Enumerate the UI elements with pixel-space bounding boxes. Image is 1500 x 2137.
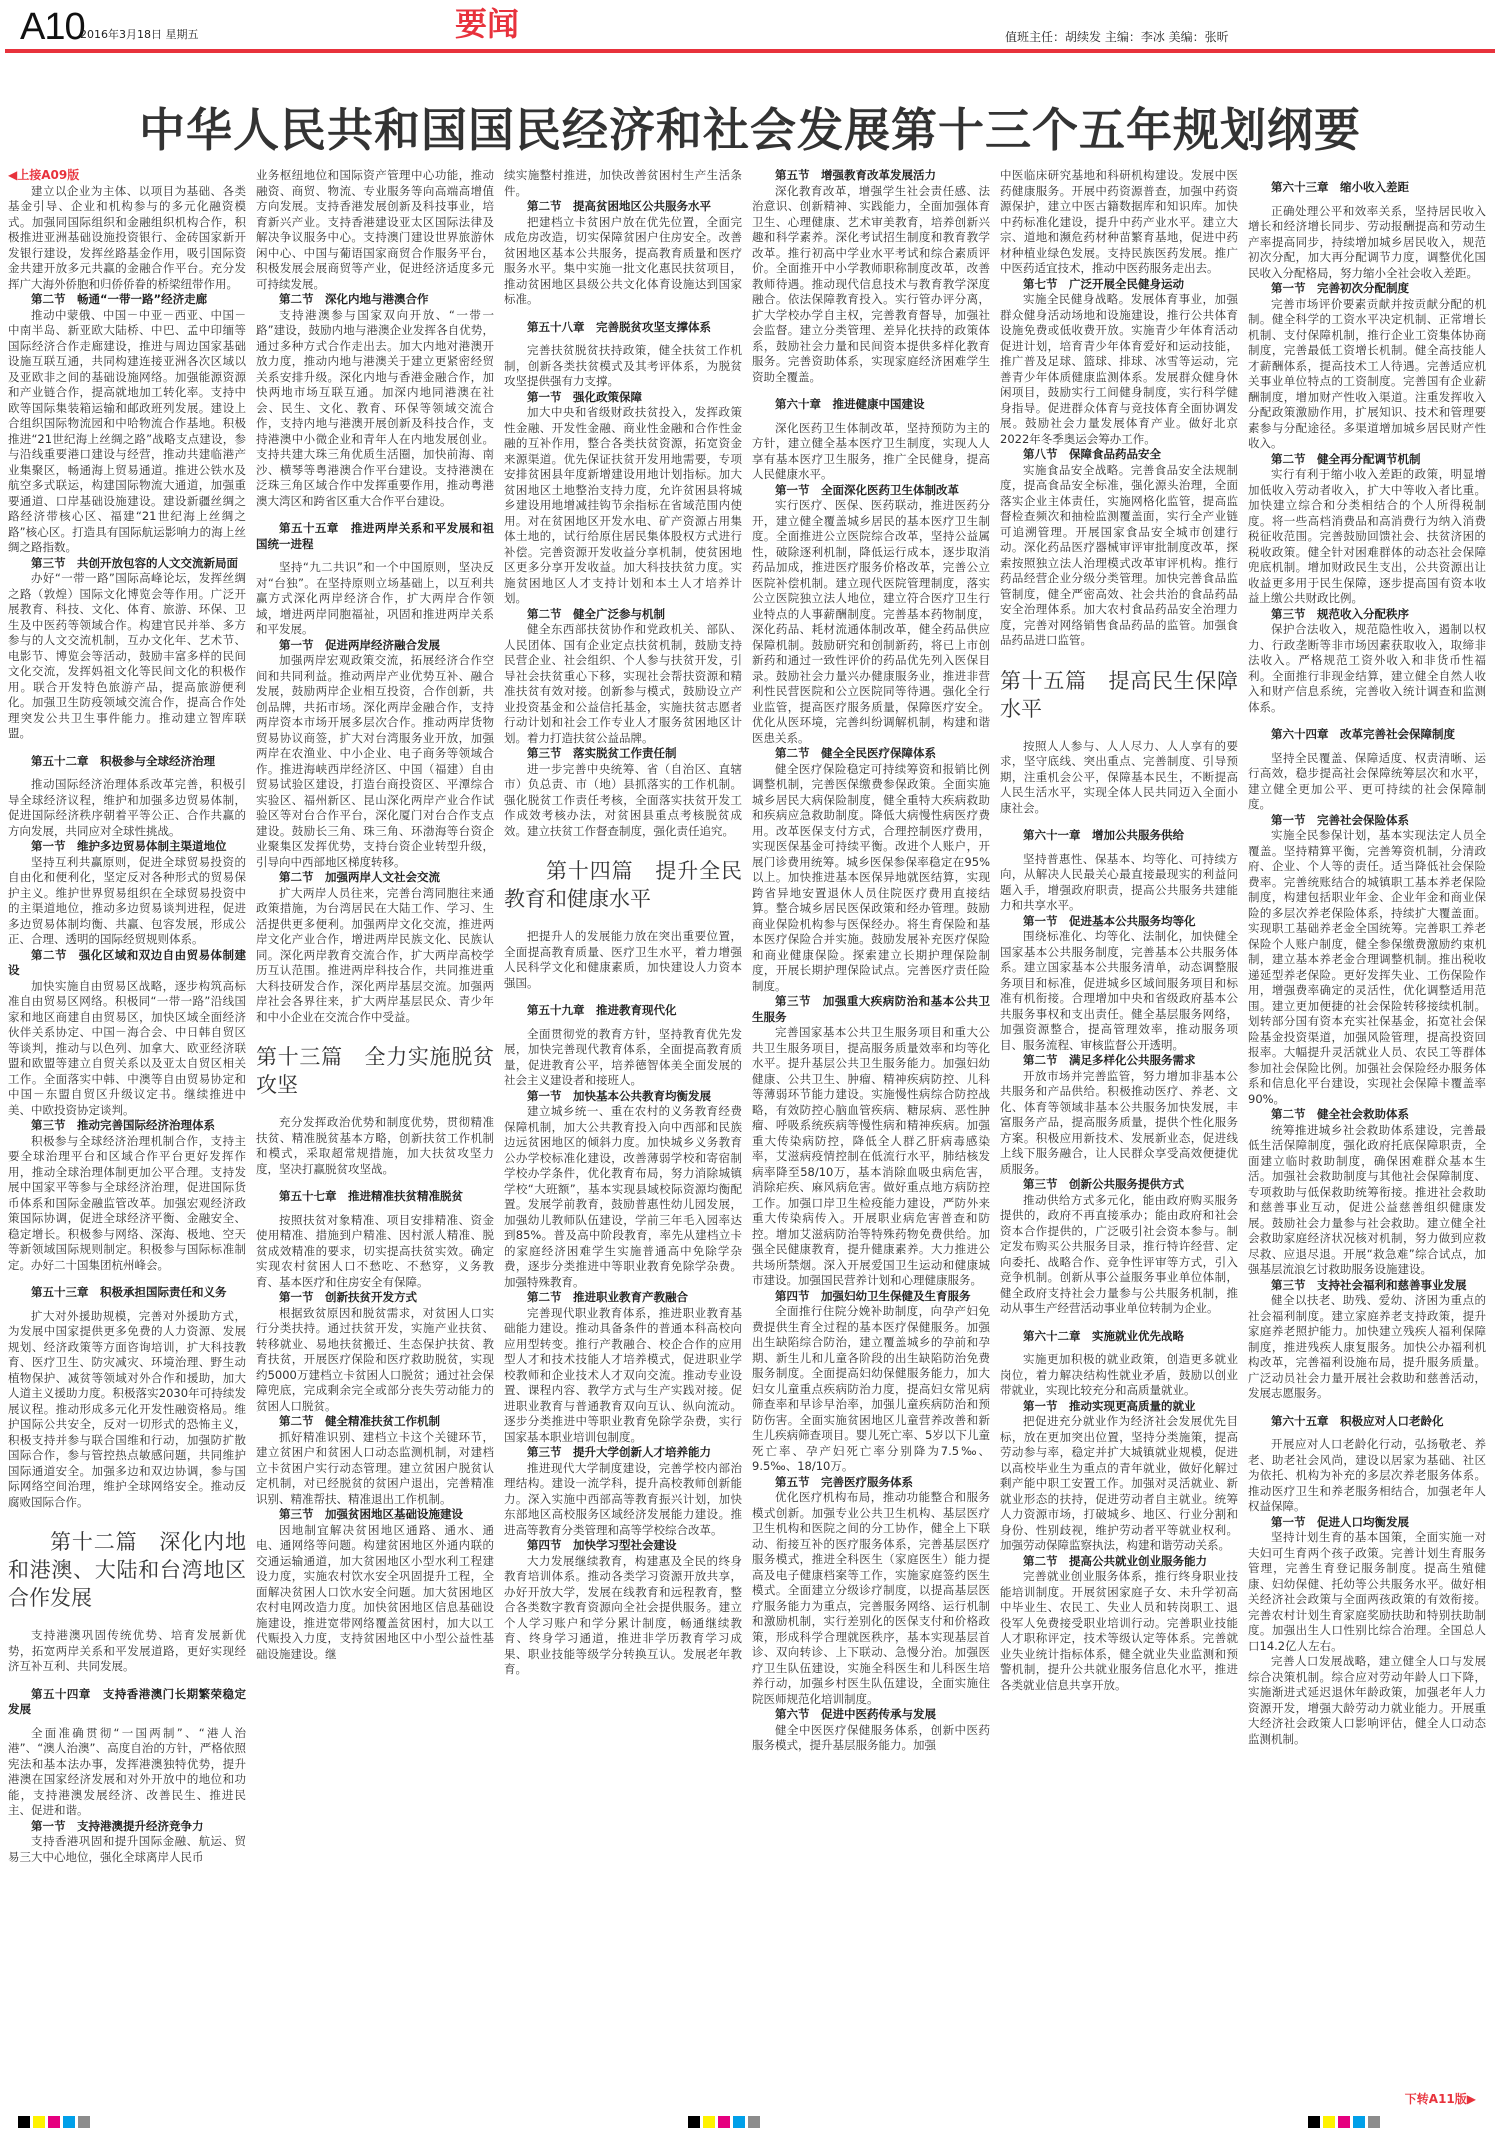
body-paragraph: 因地制宜解决贫困地区通路、通水、通电、通网络等问题。构建贫困地区外通内联的交通运… [256,1523,494,1663]
body-paragraph: 正确处理公平和效率关系，坚持居民收入增长和经济增长同步、劳动报酬提高和劳动生产率… [1248,204,1486,282]
body-paragraph: 扩大两岸人员往来，完善台湾同胞往来通政策措施，为台湾居民在大陆工作、学习、生活提… [256,886,494,1026]
jump-from-link[interactable]: ◀上接A09版 [8,168,246,184]
body-paragraph: 坚持“九二共识”和一个中国原则，坚决反对“台独”。在坚持原则立场基础上，以互利共… [256,560,494,638]
section-heading: 第一节 促进人口均衡发展 [1248,1515,1486,1531]
section-heading: 第三节 加强重大疾病防治和基本公共卫生服务 [752,994,990,1025]
body-paragraph: 办好“一带一路”国际高峰论坛，发挥丝绸之路（敦煌）国际文化博览会等作用。广泛开展… [8,571,246,742]
editors-credit: 值班主任：胡续发 主编：李冰 美编：张昕 [1005,28,1229,45]
body-paragraph: 实施全民参保计划，基本实现法定人员全覆盖。坚持精算平衡，完善筹资机制，分清政府、… [1248,828,1486,1107]
section-heading: 第三节 提升大学创新人才培养能力 [504,1445,742,1461]
body-paragraph: 坚持互利共赢原则，促进全球贸易投资的自由化和便利化，坚定反对各种形式的贸易保护主… [8,855,246,948]
body-paragraph: 实行医疗、医保、医药联动，推进医药分开，建立健全覆盖城乡居民的基本医疗卫生制度。… [752,498,990,746]
print-colorbar-right [1308,2116,1380,2128]
body-paragraph: 把提升人的发展能力放在突出重要位置，全面提高教育质量、医疗卫生水平，着力增强人民… [504,929,742,991]
color-swatch [18,2116,30,2128]
body-paragraph: 优化医疗机构布局，推动功能整合和服务模式创新。加强专业公共卫生机构、基层医疗卫生… [752,1490,990,1707]
section-heading: 第二节 健全社会救助体系 [1248,1107,1486,1123]
body-paragraph: 围绕标准化、均等化、法制化，加快健全国家基本公共服务制度，完善基本公共服务体系。… [1000,929,1238,1053]
body-paragraph: 充分发挥政治优势和制度优势，贯彻精准扶贫、精准脱贫基本方略，创新扶贫工作机制和模… [256,1115,494,1177]
issue-date: 2016年3月18日 星期五 [80,26,199,42]
chapter-heading: 第六十二章 实施就业优先战略 [1000,1329,1238,1345]
color-swatch [63,2116,75,2128]
chapter-heading: 第六十四章 改革完善社会保障制度 [1248,727,1486,743]
page-headline: 中华人民共和国国民经济和社会发展第十三个五年规划纲要 [0,102,1500,158]
color-swatch [748,2116,760,2128]
print-colorbar-left [18,2116,90,2128]
column-4: 第五节 增强教育改革发展活力深化教育改革，增强学生社会责任感、法治意识、创新精神… [752,168,990,2093]
section-heading: 第二节 畅通“一带一路”经济走廊 [8,292,246,308]
print-colorbar-center [688,2116,760,2128]
body-paragraph: 健全医疗保险稳定可持续筹资和报销比例调整机制，完善医保缴费参保政策。全面实施城乡… [752,762,990,995]
section-heading: 第二节 提高公共就业创业服务能力 [1000,1554,1238,1570]
body-paragraph: 深化教育改革，增强学生社会责任感、法治意识、创新精神、实践能力，全面加强体育卫生… [752,184,990,386]
section-heading: 第二节 健全全民医疗保障体系 [752,746,990,762]
column-6: 第六十三章 缩小收入差距正确处理公平和效率关系，坚持居民收入增长和经济增长同步、… [1248,168,1486,2093]
color-swatch [1308,2116,1320,2128]
section-heading: 第一节 全面深化医药卫生体制改革 [752,483,990,499]
body-paragraph: 完善就业创业服务体系，推行终身职业技能培训制度。开展贫困家庭子女、未升学初高中毕… [1000,1569,1238,1693]
body-paragraph: 全面推行住院分娩补助制度，向孕产妇免费提供生育全过程的基本医疗保健服务。加强出生… [752,1304,990,1475]
part-heading: 第十三篇 全力实施脱贫攻坚 [256,1043,494,1099]
section-heading: 第五节 完善医疗服务体系 [752,1475,990,1491]
column-1: ◀上接A09版 建立以企业为主体、以项目为基础、各类基金引导、企业和机构参与的多… [8,168,246,2093]
color-swatch [48,2116,60,2128]
section-heading: 第一节 强化政策保障 [504,390,742,406]
body-paragraph: 全面贯彻党的教育方针，坚持教育优先发展，加快完善现代教育体系，全面提高教育质量，… [504,1027,742,1089]
body-paragraph: 保护合法收入，规范隐性收入，遏制以权力、行政垄断等非市场因素获取收入，取缔非法收… [1248,622,1486,715]
section-heading: 第一节 加快基本公共教育均衡发展 [504,1089,742,1105]
color-swatch [733,2116,745,2128]
chapter-heading: 第五十九章 推进教育现代化 [504,1003,742,1019]
color-swatch [718,2116,730,2128]
body-paragraph: 实施全民健身战略。发展体育事业，加强群众健身活动场地和设施建设，推行公共体育设施… [1000,292,1238,447]
section-heading: 第三节 支持社会福利和慈善事业发展 [1248,1278,1486,1294]
body-paragraph: 完善扶贫脱贫扶持政策，健全扶贫工作机制，创新各类扶贫模式及其考评体系，为脱贫攻坚… [504,343,742,390]
page-number: A10 [20,6,85,48]
section-name: 要闻 [455,4,519,44]
body-paragraph: 坚持计划生育的基本国策，全面实施一对夫妇可生育两个孩子政策。完善计划生育服务管理… [1248,1530,1486,1654]
chapter-heading: 第五十四章 支持香港澳门长期繁荣稳定发展 [8,1687,246,1718]
section-heading: 第二节 强化区域和双边自由贸易体制建设 [8,948,246,979]
section-heading: 第六节 促进中医药传承与发展 [752,1707,990,1723]
body-paragraph: 实施食品安全战略。完善食品安全法规制度，提高食品安全标准，强化源头治理，全面落实… [1000,463,1238,649]
chapter-heading: 第六十五章 积极应对人口老龄化 [1248,1414,1486,1430]
body-paragraph: 加快实施自由贸易区战略，逐步构筑高标准自由贸易区网络。积极同“一带一路”沿线国家… [8,979,246,1119]
body-paragraph: 实施更加积极的就业政策，创造更多就业岗位，着力解决结构性就业矛盾，鼓励以创业带就… [1000,1352,1238,1399]
part-heading: 第十五篇 提高民生保障水平 [1000,667,1238,723]
body-paragraph: 把促进充分就业作为经济社会发展优先目标，放在更加突出位置，坚持分类施策，提高劳动… [1000,1414,1238,1554]
section-heading: 第三节 共创开放包容的人文交流新局面 [8,556,246,572]
color-swatch [1338,2116,1350,2128]
part-heading: 第十四篇 提升全民教育和健康水平 [504,857,742,913]
body-paragraph: 深化医药卫生体制改革，坚持预防为主的方针，建立健全基本医疗卫生制度，实现人人享有… [752,421,990,483]
section-heading: 第二节 健全广泛参与机制 [504,607,742,623]
color-swatch [1368,2116,1380,2128]
section-heading: 第二节 满足多样化公共服务需求 [1000,1053,1238,1069]
section-heading: 第八节 保障食品药品安全 [1000,447,1238,463]
section-heading: 第一节 促进两岸经济融合发展 [256,638,494,654]
column-5: 中医临床研究基地和科研机构建设。发展中医药健康服务。开展中药资源普查，加强中药资… [1000,168,1238,2093]
body-paragraph: 全面准确贯彻“一国两制”、“港人治港”、“澳人治澳”、高度自治的方针，严格依照宪… [8,1726,246,1819]
chapter-heading: 第五十七章 推进精准扶贫精准脱贫 [256,1189,494,1205]
section-heading: 第三节 创新公共服务提供方式 [1000,1177,1238,1193]
body-paragraph: 续实施整村推进，加快改善贫困村生产生活条件。 [504,168,742,199]
section-heading: 第二节 加强两岸人文社会交流 [256,870,494,886]
section-heading: 第三节 推动完善国际经济治理体系 [8,1118,246,1134]
body-paragraph: 积极参与全球经济治理机制合作，支持主要全球治理平台和区域合作平台更好发挥作用，推… [8,1134,246,1274]
chapter-heading: 第五十三章 积极承担国际责任和义务 [8,1285,246,1301]
chapter-heading: 第五十五章 推进两岸关系和平发展和祖国统一进程 [256,521,494,552]
body-paragraph: 按照扶贫对象精准、项目安排精准、资金使用精准、措施到户精准、因村派人精准、脱贫成… [256,1213,494,1291]
body-paragraph: 推动中蒙俄、中国－中亚－西亚、中国－中南半岛、新亚欧大陆桥、中巴、孟中印缅等国际… [8,308,246,556]
color-swatch [688,2116,700,2128]
body-paragraph: 加强两岸宏观政策交流，拓展经济合作空间和共同利益。推动两岸产业优势互补、融合发展… [256,653,494,870]
jump-to-link[interactable]: 下转A11版▶ [1405,2090,1476,2107]
section-heading: 第五节 增强教育改革发展活力 [752,168,990,184]
body-paragraph: 健全东西部扶贫协作和党政机关、部队、人民团体、国有企业定点扶贫机制，鼓励支持民营… [504,622,742,746]
body-paragraph: 开展应对人口老龄化行动，弘扬敬老、养老、助老社会风尚，建设以居家为基础、社区为依… [1248,1437,1486,1515]
section-heading: 第一节 创新扶贫开发方式 [256,1290,494,1306]
body-paragraph: 健全以扶老、助残、爱幼、济困为重点的社会福利制度。建立家庭养老支持政策，提升家庭… [1248,1293,1486,1402]
color-swatch [33,2116,45,2128]
body-paragraph: 实行有利于缩小收入差距的政策，明显增加低收入劳动者收入，扩大中等收入者比重。加快… [1248,467,1486,607]
body-paragraph: 建立以企业为主体、以项目为基础、各类基金引导、企业和机构参与的多元化融资模式。加… [8,184,246,293]
body-paragraph: 支持香港巩固和提升国际金融、航运、贸易三大中心地位，强化全球离岸人民币 [8,1834,246,1865]
body-paragraph: 把建档立卡贫困户放在优先位置，全面完成危房改造，切实保障贫困户住房安全。改善贫困… [504,215,742,308]
color-swatch [1353,2116,1365,2128]
body-paragraph: 支持港澳巩固传统优势、培育发展新优势，拓宽两岸关系和平发展道路，更好实现经济互补… [8,1628,246,1675]
body-paragraph: 扩大对外援助规模，完善对外援助方式，为发展中国家提供更多免费的人力资源、发展规划… [8,1309,246,1511]
section-heading: 第四节 加强妇幼卫生保健及生育服务 [752,1289,990,1305]
chapter-heading: 第六十章 推进健康中国建设 [752,397,990,413]
column-3: 续实施整村推进，加快改善贫困村生产生活条件。第二节 提高贫困地区公共服务水平把建… [504,168,742,2093]
section-heading: 第七节 广泛开展全民健身运动 [1000,277,1238,293]
body-paragraph: 健全中医医疗保健服务体系，创新中医药服务模式，提升基层服务能力。加强 [752,1723,990,1754]
section-heading: 第二节 深化内地与港澳合作 [256,292,494,308]
body-paragraph: 中医临床研究基地和科研机构建设。发展中医药健康服务。开展中药资源普查，加强中药资… [1000,168,1238,277]
section-heading: 第二节 健全再分配调节机制 [1248,452,1486,468]
body-paragraph: 完善人口发展战略，建立健全人口与发展综合决策机制。综合应对劳动年龄人口下降，实施… [1248,1654,1486,1747]
body-paragraph: 完善现代职业教育体系，推进职业教育基础能力建设。推动具备条件的普通本科高校向应用… [504,1306,742,1446]
color-swatch [78,2116,90,2128]
body-paragraph: 建立城乡统一、重在农村的义务教育经费保障机制，加大公共教育投入向中西部和民族边远… [504,1104,742,1290]
section-heading: 第三节 规范收入分配秩序 [1248,607,1486,623]
body-paragraph: 推进现代大学制度建设，完善学校内部治理结构。建设一流学科，提升高校教师创新能力。… [504,1461,742,1539]
body-paragraph: 推动国际经济治理体系改革完善，积极引导全球经济议程，维护和加强多边贸易体制，促进… [8,777,246,839]
header-rule [5,49,1495,53]
chapter-heading: 第五十八章 完善脱贫攻坚支撑体系 [504,320,742,336]
section-heading: 第三节 加强贫困地区基础设施建设 [256,1507,494,1523]
article-columns: ◀上接A09版 建立以企业为主体、以项目为基础、各类基金引导、企业和机构参与的多… [8,168,1492,2093]
body-paragraph: 加大中央和省级财政扶贫投入，发挥政策性金融、开发性金融、商业性金融和合作性金融的… [504,405,742,607]
masthead: A10 2016年3月18日 星期五 要闻 值班主任：胡续发 主编：李冰 美编：… [0,0,1500,52]
chapter-heading: 第六十一章 增加公共服务供给 [1000,828,1238,844]
body-paragraph: 统筹推进城乡社会救助体系建设，完善最低生活保障制度，强化政府托底保障职责，全面建… [1248,1123,1486,1278]
color-swatch [703,2116,715,2128]
section-heading: 第一节 完善初次分配制度 [1248,281,1486,297]
section-heading: 第四节 加快学习型社会建设 [504,1538,742,1554]
body-paragraph: 推动供给方式多元化，能由政府购买服务提供的，政府不再直接承办；能由政府和社会资本… [1000,1193,1238,1317]
body-paragraph: 坚持普惠性、保基本、均等化、可持续方向，从解决人民最关心最直接最现实的利益问题入… [1000,852,1238,914]
body-paragraph: 进一步完善中央统筹、省（自治区、直辖市）负总责、市（地）县抓落实的工作机制。强化… [504,762,742,840]
section-heading: 第二节 推进职业教育产教融合 [504,1290,742,1306]
section-heading: 第一节 促进基本公共服务均等化 [1000,914,1238,930]
section-heading: 第二节 健全精准扶贫工作机制 [256,1414,494,1430]
body-paragraph: 抓好精准识别、建档立卡这个关键环节，建立贫困户和贫困人口动态监测机制，对建档立卡… [256,1430,494,1508]
body-paragraph: 按照人人参与、人人尽力、人人享有的要求，坚守底线、突出重点、完善制度、引导预期，… [1000,739,1238,817]
column-2: 业务枢纽地位和国际资产管理中心功能，推动融资、商贸、物流、专业服务等向高端高增值… [256,168,494,2093]
body-paragraph: 完善市场评价要素贡献并按贡献分配的机制。健全科学的工资水平决定机制、正常增长机制… [1248,297,1486,452]
part-heading: 第十二篇 深化内地和港澳、大陆和台湾地区合作发展 [8,1528,246,1612]
section-heading: 第一节 支持港澳提升经济竞争力 [8,1819,246,1835]
color-swatch [1323,2116,1335,2128]
body-paragraph: 支持港澳参与国家双向开放、“一带一路”建设，鼓励内地与港澳企业发挥各自优势，通过… [256,308,494,510]
body-paragraph: 坚持全民覆盖、保障适度、权责清晰、运行高效，稳步提高社会保障统筹层次和水平，建立… [1248,751,1486,813]
body-paragraph: 大力发展继续教育，构建惠及全民的终身教育培训体系。推动各类学习资源开放共享，办好… [504,1554,742,1678]
section-heading: 第二节 提高贫困地区公共服务水平 [504,199,742,215]
body-paragraph: 完善国家基本公共卫生服务项目和重大公共卫生服务项目，提高服务质量效率和均等化水平… [752,1025,990,1289]
section-heading: 第三节 落实脱贫工作责任制 [504,746,742,762]
body-paragraph: 业务枢纽地位和国际资产管理中心功能，推动融资、商贸、物流、专业服务等向高端高增值… [256,168,494,292]
section-heading: 第一节 完善社会保险体系 [1248,813,1486,829]
section-heading: 第一节 维护多边贸易体制主渠道地位 [8,839,246,855]
chapter-heading: 第五十二章 积极参与全球经济治理 [8,754,246,770]
chapter-heading: 第六十三章 缩小收入差距 [1248,180,1486,196]
body-paragraph: 根据致贫原因和脱贫需求，对贫困人口实行分类扶持。通过扶贫开发，实施产业扶贫、转移… [256,1306,494,1415]
section-heading: 第一节 推动实现更高质量的就业 [1000,1399,1238,1415]
body-paragraph: 开放市场并完善监管，努力增加非基本公共服务和产品供给。积极推动医疗、养老、文化、… [1000,1069,1238,1178]
